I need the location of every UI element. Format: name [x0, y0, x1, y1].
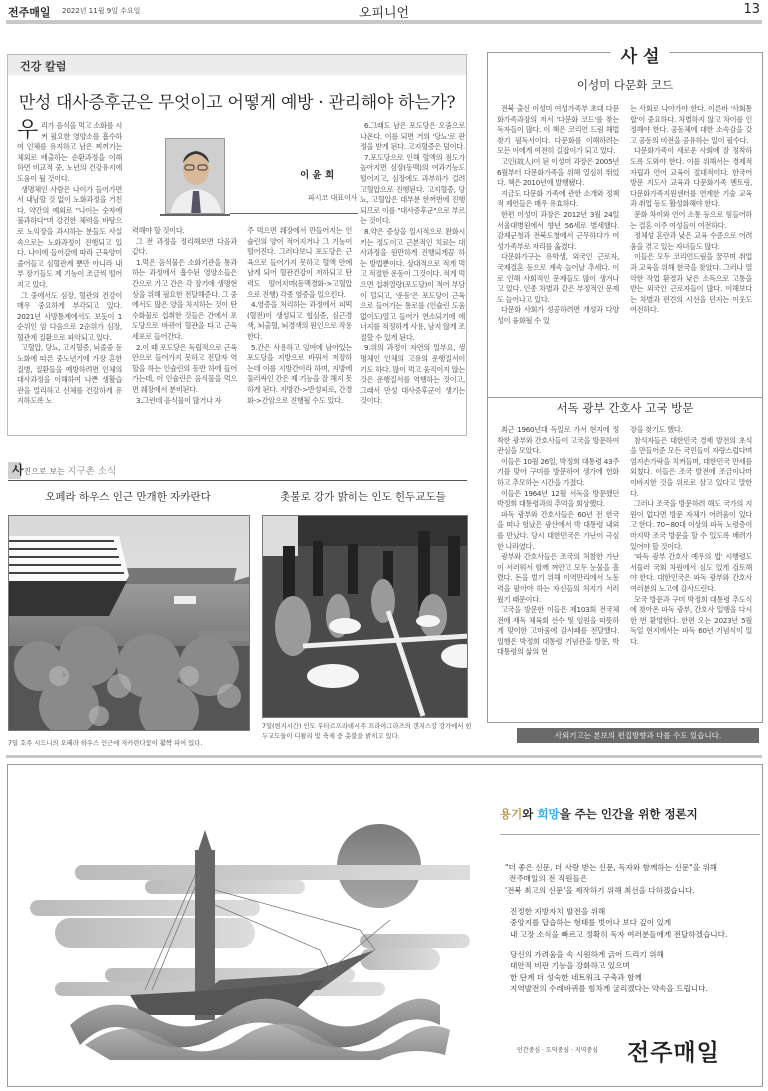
ad-rule — [500, 834, 760, 835]
author-photo — [165, 138, 225, 214]
ad-title-courage: 용기 — [500, 807, 522, 821]
paragraph: 8.약은 증상을 일시적으로 완화시키는 정도이고 근본적인 치료는 대사과정을… — [360, 227, 465, 344]
editorial-headline-1: 이성미 다문화 코드 — [487, 77, 763, 93]
paragraph: 1.먹은 음식물은 소화기관을 통과하는 과정에서 흡수된 영양소들은 간으로 … — [132, 258, 237, 343]
ad-line: 내 고장 소식을 빠르고 정확히 독자 여러분들에게 전달하겠습니다. — [510, 929, 768, 940]
paragraph: 최근 1960년대 독일로 가서 현지에 정착한 광부와 간호사들이 고국을 방… — [497, 425, 619, 457]
paragraph: 다문화가족이 새로운 사회에 잘 정착하도록 도와야 한다. 이를 위해서는 경… — [630, 146, 752, 210]
ad-line: 당신의 가려움을 속 시원하게 긁어 드리기 위해 — [510, 949, 768, 960]
paragraph: 그 전 과정을 정리해보면 다음과 같다. — [132, 237, 237, 258]
ad-slogan: 인간중심 · 도덕중심 · 지역중심 — [517, 1045, 598, 1054]
ad-paragraph-3: 당신의 가려움을 속 시원하게 긁어 드리기 위해 대안적 비판 기능을 강화하… — [510, 949, 768, 995]
health-column-col-2: 력해야 할 것이다. 그 전 과정을 정리해보면 다음과 같다. 1.먹은 음식… — [132, 226, 237, 406]
editorial-2-col-1: 최근 1960년대 독일로 가서 현지에 정착한 광부와 간호사들이 고국을 방… — [497, 425, 619, 658]
editorial-headline-2: 서독 광부 간호사 고국 방문 — [487, 400, 763, 416]
editorial-notice: 사외기고는 본보의 편집방향과 다를 수도 있습니다. — [517, 728, 759, 743]
paragraph: 이들은 1964년 12월 서독을 방문했던 박정희 대통령과의 추억을 회상했… — [497, 489, 619, 510]
ad-logo: 전주매일 — [627, 1034, 720, 1067]
section-title: 오피니언 — [0, 2, 768, 21]
paragraph: 한편 이성미 과장은 2012년 3월 24일 서울대병원에서 향년 56세로 … — [497, 210, 619, 252]
ad-line: 전주매일의 전 직원들은 — [505, 873, 763, 884]
photo-caption-1: 7일 호주 시드니의 오페라 하우스 인근에 자카란다꽃이 활짝 피어 있다. — [8, 739, 253, 749]
paragraph: 지금도 다문화 가족에 관한 소개와 정책적 제언들은 매우 유효하다. — [497, 189, 619, 210]
ad-paragraph-2: 진정한 지방자치 발전을 위해 중앙지를 답습하는 형태를 벗어나 보다 깊이 … — [510, 906, 768, 940]
author-portrait-icon — [166, 139, 225, 214]
ad-line: 중앙지를 답습하는 형태를 벗어나 보다 깊이 있게 — [510, 917, 768, 928]
ship-illustration — [30, 800, 470, 1060]
ad-line: '전북 최고의 신문'을 제작하기 위해 최선을 다하겠습니다. — [505, 885, 763, 896]
paragraph: 다문화가구는 유학생, 외국인 근로자, 국제결혼 등으로 계속 늘어날 추세다… — [497, 252, 619, 305]
candle-festival-image-icon — [263, 516, 468, 718]
photo-section-title: 사진으로 보는 지구촌 소식 — [12, 461, 116, 478]
paragraph: 광부와 간호사들은 조국의 처참한 가난이 서러워서 함께 껴안고 모두 눈물을… — [497, 552, 619, 605]
paragraph: 이들은 10월 26일, 박정희 대통령 43주기를 맞아 구미를 방문하여 생… — [497, 457, 619, 489]
health-column-col-4: 6.그래도 남은 포도당은 오줌으로 나온다. 이를 되면 거의 '당뇨'로 판… — [360, 121, 465, 407]
ship-pen-illustration-icon — [30, 800, 470, 1060]
paragraph: 6.그래도 남은 포도당은 오줌으로 나온다. 이를 되면 거의 '당뇨'로 판… — [360, 121, 465, 153]
ad-title-text-2: 을 주는 인간을 위한 정론지 — [560, 807, 698, 821]
health-column-label: 건강 칼럼 — [20, 58, 66, 74]
masthead-rule — [6, 20, 762, 24]
paragraph: 장을 찾기도 했다. — [630, 425, 752, 436]
author-photo-base — [160, 214, 230, 216]
section-divider — [6, 755, 762, 758]
ad-line: 지역발전의 수레바퀴를 힘차게 굴리겠다는 약속을 드립니다. — [510, 983, 768, 994]
paragraph: 모국 방문과 구미 박정희 대통령 추도식에 찾아온 파독 광부, 간호사 일행… — [630, 595, 752, 648]
paragraph: 력해야 할 것이다. — [132, 226, 237, 237]
health-column-col-3: 주 먹으면 췌장에서 만들어지는 인슐린의 양이 적어지거나 그 기능이 떨어진… — [247, 226, 352, 406]
ad-title-text: 와 — [522, 807, 537, 821]
photo-title-1: 오페라 하우스 인근 만개한 자카란다 — [8, 489, 248, 504]
paragraph: 그 중에서도 심장, 혈관의 건강이 매우 중요하게 부각되고 있다. 2021… — [17, 291, 122, 344]
cruise-ship-harbor-image-icon — [9, 516, 250, 731]
paragraph: 다문화 사회가 성공하려면 개성과 다양성이 융화될 수 있 — [497, 305, 619, 326]
health-column-headline: 만성 대사증후군은 무엇이고 어떻게 예방 · 관리해야 하는가? — [8, 88, 466, 113]
photo-section-cap: 사 — [12, 463, 24, 477]
paragraph: 생명체인 사람은 나이가 들어가면서 내남할 것 없이 노화과정을 거친다. 약… — [17, 185, 122, 291]
paragraph: 7.포도당으로 인해 혈액의 점도가 높아지면 심장(동맥)의 여과기능도 떨어… — [360, 153, 465, 227]
editorial-1-col-2: 는 사회로 나아가야 한다. 이른바 '사회통합'이 중요하다. 차별하지 않고… — [630, 104, 752, 316]
paragraph: 고인(故人)이 된 이성미 과장은 2005년 6월부터 다문화가족을 위해 열… — [497, 157, 619, 189]
paragraph: 고국을 방문한 이들은 제103회 전국체전에 재독 체육회 선수 및 임원을 … — [497, 605, 619, 658]
paragraph: 그러나 조국을 방문하려 해도 국가의 지원이 없다면 방문 자체가 어려움이 … — [630, 499, 752, 552]
author-name: 이 윤 희 — [300, 167, 334, 181]
editorial-2-col-2: 장을 찾기도 했다. 참석자들은 대한민국 경제 발전의 초석을 만들어준 모든… — [630, 425, 752, 647]
dropcap: 우 — [17, 121, 38, 141]
ad-line: 대안적 비판 기능을 강화하고 있으며 — [510, 960, 768, 971]
page-number: 13 — [743, 2, 760, 17]
author-rule — [230, 213, 358, 214]
editorial-title: 사 설 — [611, 42, 670, 67]
editorial-1-col-1: 전북 출신 이성미 여성가족부 초대 다문화가족과장의 저서 '다문화 코드'를… — [497, 104, 619, 326]
photo-india-hindu-candles — [262, 515, 468, 718]
photo-section-small: 진으로 보는 — [24, 467, 68, 476]
paragraph: 3.그런데 음식물이 많거나 자 — [132, 396, 237, 407]
paragraph: 2.이 때 포도당은 독립적으로 근육 안으로 들어가지 못하고 전달자 역할을… — [132, 343, 237, 396]
paragraph: 이들은 모두 코리언드림을 꿈꾸며 취업과 교육을 위해 한국을 찾았다. 그러… — [630, 252, 752, 316]
photo-caption-2: 7일(현지시간) 인도 우타르프라데시주 프라야그라즈의 갠지스강 강가에서 힌… — [262, 722, 472, 742]
paragraph: 파독 광부와 간호사들은 60년 전 한국을 떠나 험났은 광산에서 박 대통령… — [497, 510, 619, 552]
health-column-col-1: 우 리가 음식을 먹고 소화를 시켜 필요한 영양소를 흡수하여 인체를 유지하… — [17, 121, 122, 407]
paragraph: 는 사회로 나아가야 한다. 이른바 '사회통합'이 중요하다. 차별하지 않고… — [630, 104, 752, 146]
ad-line: 진정한 지방자치 발전을 위해 — [510, 906, 768, 917]
paragraph: '파독 광부 간호사 예우의 법' 시행령도 서둘러 국회 차원에서 심도 있게… — [630, 552, 752, 594]
ad-title: 용기와 희망을 주는 인간을 위한 정론지 — [500, 806, 698, 822]
paragraph: 문화 차이와 언어 소통 등으로 힘들어하는 결혼 이주 여성들이 여전하다. — [630, 210, 752, 231]
paragraph: 전북 출신 이성미 여성가족부 초대 다문화가족과장의 저서 '다문화 코드'를… — [497, 104, 619, 157]
paragraph: 참석자들은 대한민국 경제 발전의 초석을 만들어준 모든 국민들이 자랑스럽다… — [630, 436, 752, 500]
health-column-label-bar — [8, 55, 466, 75]
paragraph: 5.간은 사용하고 잉여에 남아있는 포도당을 지방으로 바꿔서 저장하는데 이… — [247, 343, 352, 407]
paragraph: 4.염증을 처리하는 과정에서 피떡(혈전)이 생성되고 협심증, 심근경색, … — [247, 300, 352, 342]
photo-section-rule — [8, 480, 467, 481]
ad-title-hope: 희망 — [537, 807, 559, 821]
photo-sydney-opera-house — [8, 515, 250, 731]
photo-section-mid: 지구촌 소식 — [67, 466, 116, 477]
author-role: 파시코 대표이사 — [308, 193, 358, 203]
paragraph: 주 먹으면 췌장에서 만들어지는 인슐린의 양이 적어지거나 그 기능이 떨어진… — [247, 226, 352, 300]
paragraph: 정체성 혼란과 낮은 교육 수준으로 어려움을 겪고 있는 자녀들도 많다. — [630, 231, 752, 252]
paragraph: 9.위의 과정이 자연의 일부요, 생명체인 인체의 고유의 운행질서이기도 하… — [360, 343, 465, 407]
ad-line: "더 좋은 신문, 더 사랑 받는 신문, 독자와 함께하는 신문"을 위해 — [505, 862, 763, 873]
photo-title-2: 촛불로 강가 밝히는 인도 힌두교도들 — [258, 489, 468, 504]
ad-line: 한 단계 더 성숙한 네트워크 구축과 함께 — [510, 972, 768, 983]
ad-paragraph-1: "더 좋은 신문, 더 사랑 받는 신문, 독자와 함께하는 신문"을 위해 전… — [505, 862, 763, 896]
paragraph: 고혈압, 당뇨, 고지혈증, 뇌졸중 등 노화에 따른 중노년기에 가장 흔한 … — [17, 343, 122, 407]
